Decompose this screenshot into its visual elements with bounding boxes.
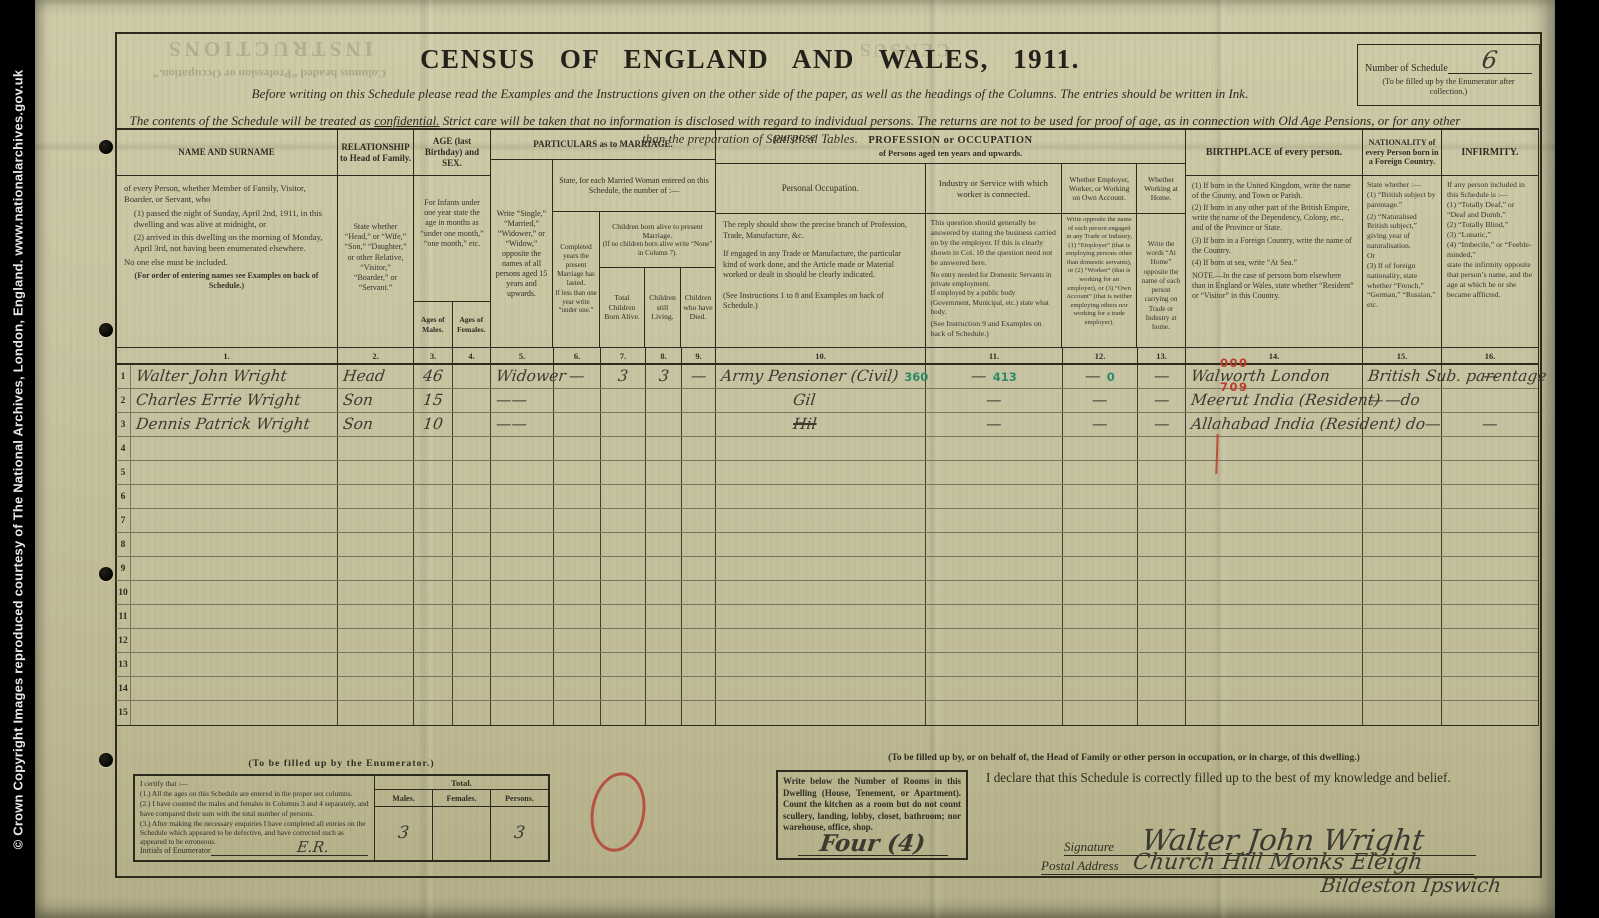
census-table: NAME AND SURNAME of every Person, whethe… (115, 128, 1539, 726)
totals-table: Total. Males. Females. Persons. 3 3 (374, 776, 548, 860)
cell-age-f (453, 389, 491, 412)
cell-born (601, 557, 646, 580)
infirmity-note-5: (4) “Imbecile,” or “Feeble-minded,” (1447, 240, 1533, 260)
cell-industry (926, 605, 1063, 628)
cell-employer (1063, 653, 1138, 676)
infirmity-note-4: (3) “Lunatic,” (1447, 230, 1533, 240)
cell-nationality (1363, 701, 1442, 725)
table-row: 4 (116, 437, 1538, 461)
table-body: 1Walter John WrightHead46Widower—33—Army… (116, 365, 1538, 725)
nationality-note-3: (2) “Naturalised British subject,” givin… (1367, 212, 1437, 251)
code-annotation-green: 360 (904, 370, 928, 384)
row-number: 13 (116, 653, 131, 676)
cell-relationship (338, 605, 414, 628)
entry-name: Walter John Wright (135, 369, 288, 385)
cell-relationship: Son (338, 389, 414, 412)
cell-age-f (453, 413, 491, 436)
industry-note-4: (See Instruction 9 and Examples on back … (931, 319, 1057, 339)
cell-died (682, 533, 716, 556)
cell-nationality (1363, 557, 1442, 580)
cell-living (646, 389, 682, 412)
subcol-ages-females: Ages of Females. (453, 302, 491, 347)
cell-infirmity (1442, 581, 1538, 604)
col-header-relationship: RELATIONSHIP to Head of Family. State wh… (338, 130, 414, 347)
name-note-1: (1) passed the night of Sunday, April 2n… (124, 208, 329, 230)
cell-nationality: British Sub. parentage (1363, 365, 1442, 388)
name-note-4: (For order of entering names see Example… (124, 271, 329, 291)
cell-at-home (1138, 557, 1186, 580)
cell-born (601, 581, 646, 604)
cell-employer (1063, 581, 1138, 604)
certify-intro: I certify that :— (140, 779, 370, 788)
nationality-note-4: Or (1367, 251, 1437, 261)
cell-employer (1063, 509, 1138, 532)
cell-infirmity (1442, 485, 1538, 508)
rooms-note: Write below the Number of Rooms in this … (783, 776, 961, 832)
column-number: 15. (1363, 348, 1442, 363)
cell-occupation (716, 461, 926, 484)
cell-infirmity (1442, 461, 1538, 484)
cell-occupation (716, 533, 926, 556)
cell-infirmity (1442, 605, 1538, 628)
industry-note-3: If employed by a public body (Government… (931, 289, 1057, 317)
cell-age-m (414, 629, 453, 652)
enumerator-heading: (To be filled up by the Enumerator.) (133, 758, 550, 769)
cell-occupation (716, 701, 926, 725)
cell-died (682, 485, 716, 508)
table-row: 8 (116, 533, 1538, 557)
cell-died (682, 413, 716, 436)
cell-years (554, 653, 601, 676)
cell-nationality (1363, 485, 1442, 508)
entry-nationality: — (1367, 393, 1384, 409)
occupation-title-2: of Persons aged ten years and upwards. (879, 148, 1022, 158)
cell-employer: —0 (1063, 365, 1138, 388)
cell-industry (926, 557, 1063, 580)
postal-address-line: Postal Address Church Hill Monks Eleigh (1041, 852, 1474, 875)
cell-birthplace (1186, 461, 1363, 484)
cell-birthplace (1186, 677, 1363, 700)
cell-born (601, 389, 646, 412)
cell-employer (1063, 485, 1138, 508)
cell-living (646, 413, 682, 436)
rooms-value: Four (4) (819, 832, 927, 855)
cell-age-m (414, 677, 453, 700)
cell-nationality (1363, 533, 1442, 556)
cell-age-m (414, 653, 453, 676)
cell-industry (926, 653, 1063, 676)
entry-birthplace: Allahabad India (Resident) do— (1190, 417, 1441, 433)
code-annotation-red: 000 (1220, 356, 1249, 370)
cell-living (646, 533, 682, 556)
row-number: 3 (116, 413, 131, 436)
cell-employer (1063, 677, 1138, 700)
cell-marriage: Widower (491, 365, 554, 388)
cell-birthplace (1186, 533, 1363, 556)
cell-marriage (491, 581, 554, 604)
cell-at-home (1138, 437, 1186, 460)
cell-born (601, 605, 646, 628)
cell-age-m (414, 581, 453, 604)
cell-occupation (716, 437, 926, 460)
cell-marriage (491, 485, 554, 508)
cell-infirmity (1442, 437, 1538, 460)
column-number-row: 1.2.3.4.5.6.7.8.9.10.11.12.13.14.15.16. (116, 348, 1538, 365)
cell-at-home: — (1138, 413, 1186, 436)
cell-age-m: 10 (414, 413, 453, 436)
cell-name (131, 701, 338, 725)
cell-age-f (453, 509, 491, 532)
cell-marriage (491, 461, 554, 484)
cell-occupation (716, 653, 926, 676)
cell-died (682, 701, 716, 725)
cell-employer (1063, 605, 1138, 628)
infirmity-note-2: (1) “Totally Deaf,” or “Deaf and Dumb,” (1447, 200, 1533, 220)
cell-at-home (1138, 509, 1186, 532)
table-row: 6 (116, 485, 1538, 509)
code-annotation-green: 0 (1107, 370, 1115, 384)
column-number: 12. (1063, 348, 1138, 363)
cell-age-m (414, 509, 453, 532)
cell-years (554, 629, 601, 652)
initials-line: Initials of Enumerator E.R. (140, 842, 368, 856)
cell-occupation (716, 509, 926, 532)
cell-occupation (716, 677, 926, 700)
cell-at-home (1138, 533, 1186, 556)
copyright-sidebar: © Crown Copyright Images reproduced cour… (0, 0, 35, 918)
declare-text: I declare that this Schedule is correctl… (986, 770, 1480, 786)
relationship-note: State whether “Head,” or “Wife,” “Son,” … (338, 176, 413, 347)
postal-address-value-1: Church Hill Monks Eleigh (1131, 852, 1423, 874)
punch-hole (99, 323, 113, 337)
col-title-at-home: Whether Working at Home. (1137, 164, 1185, 214)
cell-at-home (1138, 701, 1186, 725)
enumerator-certification: I certify that :— (1.) All the ages on t… (135, 776, 374, 860)
punch-hole (99, 140, 113, 154)
cell-employer (1063, 629, 1138, 652)
cell-died (682, 605, 716, 628)
row-number: 15 (116, 701, 131, 725)
entry-at-home: — (1153, 393, 1170, 409)
cell-infirmity (1442, 629, 1538, 652)
col-title-name: NAME AND SURNAME (116, 130, 337, 176)
cell-at-home (1138, 653, 1186, 676)
cell-age-m: 46 (414, 365, 453, 388)
column-number: 4. (453, 348, 491, 363)
column-number: 1. (116, 348, 338, 363)
initials-value: E.R. (296, 840, 330, 855)
birthplace-note-3: (3) If born in a Foreign Country, write … (1192, 236, 1356, 256)
table-row: 12 (116, 629, 1538, 653)
entry-industry: — (985, 393, 1002, 409)
col-title-relationship: RELATIONSHIP to Head of Family. (338, 130, 413, 176)
cell-living (646, 701, 682, 725)
cell-age-m (414, 605, 453, 628)
initials-label: Initials of Enumerator (140, 846, 211, 856)
entry-employer: — (1091, 417, 1108, 433)
cell-birthplace (1186, 437, 1363, 460)
cell-birthplace (1186, 509, 1363, 532)
entry-industry: — (985, 417, 1002, 433)
age-note: For Infants under one year state the age… (414, 176, 490, 302)
entry-name: Charles Errie Wright (135, 393, 301, 409)
cell-name (131, 557, 338, 580)
cell-birthplace (1186, 485, 1363, 508)
group-title-marriage: PARTICULARS as to MARRIAGE. (491, 130, 715, 160)
cell-name (131, 653, 338, 676)
entry-employer: — (1091, 393, 1108, 409)
declaration-section: (To be filled up by, or on behalf of, th… (768, 752, 1480, 866)
cell-age-f (453, 605, 491, 628)
schedule-number-label: Number of Schedule (1365, 63, 1448, 74)
cell-name: Charles Errie Wright (131, 389, 338, 412)
nationality-note-1: State whether :— (1367, 180, 1437, 190)
cell-name (131, 461, 338, 484)
postal-address-line-2: Bildeston Ipswich (1246, 875, 1576, 897)
cell-occupation (716, 605, 926, 628)
cell-marriage (491, 533, 554, 556)
cell-died (682, 437, 716, 460)
married-woman-note: State, for each Married Woman entered on… (553, 160, 715, 212)
cell-birthplace (1186, 629, 1363, 652)
males-value: 3 (397, 825, 410, 842)
col-group-occupation: PROFESSION or OCCUPATION of Persons aged… (716, 130, 1186, 347)
persons-label: Persons. (491, 790, 548, 806)
row-number: 9 (116, 557, 131, 580)
entry-occupation: Gil (792, 393, 816, 409)
cell-living (646, 461, 682, 484)
total-label: Total. (375, 776, 548, 790)
declaration-heading: (To be filled up by, or on behalf of, th… (768, 752, 1480, 763)
entry-age-m: 10 (422, 417, 444, 433)
cell-birthplace (1186, 701, 1363, 725)
cell-infirmity (1442, 389, 1538, 412)
cell-age-f (453, 677, 491, 700)
years-married-note-2: If less than one year write “under one.” (555, 290, 597, 315)
cell-nationality (1363, 677, 1442, 700)
cell-relationship (338, 437, 414, 460)
column-number: 8. (646, 348, 682, 363)
cell-died (682, 557, 716, 580)
years-married-note: Completed years the present Marriage has… (553, 212, 600, 347)
cell-relationship (338, 461, 414, 484)
cell-at-home (1138, 581, 1186, 604)
name-note-intro: of every Person, whether Member of Famil… (124, 183, 329, 205)
name-note-3: No one else must be included. (124, 257, 329, 268)
cell-infirmity (1442, 677, 1538, 700)
cell-name (131, 437, 338, 460)
entry-birthplace: Walworth London (1190, 369, 1331, 385)
cell-relationship (338, 509, 414, 532)
table-row: 15 (116, 701, 1538, 725)
cell-industry (926, 437, 1063, 460)
schedule-number-value: 6 (1481, 50, 1499, 70)
cell-employer (1063, 701, 1138, 725)
table-row: 1Walter John WrightHead46Widower—33—Army… (116, 365, 1538, 389)
instruction-2-confidential: confidential. (374, 113, 439, 128)
col-header-age-sex: AGE (last Birthday) and SEX. For Infants… (414, 130, 491, 347)
cell-years (554, 557, 601, 580)
entry-living: 3 (658, 369, 670, 385)
rooms-value-line: Four (4) (798, 832, 948, 856)
cell-born (601, 677, 646, 700)
subcol-children-living: Children still Living. (645, 268, 681, 347)
cell-occupation (716, 581, 926, 604)
entry-infirmity: — (1481, 417, 1498, 433)
entry-died: — (690, 369, 707, 385)
punch-hole (99, 753, 113, 767)
cell-name (131, 533, 338, 556)
cell-relationship (338, 485, 414, 508)
cell-age-f (453, 485, 491, 508)
cell-relationship (338, 533, 414, 556)
col-title-employer: Whether Employer, Worker, or Working on … (1062, 164, 1136, 214)
cell-employer (1063, 533, 1138, 556)
entry-birthplace: Meerut India (Resident) —do (1190, 393, 1421, 409)
cell-born: 3 (601, 365, 646, 388)
cell-age-f (453, 653, 491, 676)
cell-relationship (338, 677, 414, 700)
cell-industry: —413 (926, 365, 1063, 388)
cell-name (131, 677, 338, 700)
cell-born (601, 485, 646, 508)
column-number: 16. (1442, 348, 1538, 363)
cell-died (682, 509, 716, 532)
birthplace-note-5: NOTE.—In the case of persons born elsewh… (1192, 271, 1356, 301)
table-row: 13 (116, 653, 1538, 677)
table-header: NAME AND SURNAME of every Person, whethe… (116, 130, 1538, 348)
cell-nationality (1363, 581, 1442, 604)
cell-age-m (414, 461, 453, 484)
cell-relationship (338, 581, 414, 604)
cell-died: — (682, 365, 716, 388)
col-title-infirmity: INFIRMITY. (1442, 130, 1538, 176)
column-number: 6. (554, 348, 601, 363)
cell-birthplace (1186, 605, 1363, 628)
col-header-infirmity: INFIRMITY. If any person included in thi… (1442, 130, 1538, 347)
entry-marriage: —— (495, 393, 528, 409)
table-row: 10 (116, 581, 1538, 605)
cell-age-f (453, 581, 491, 604)
table-row: 5 (116, 461, 1538, 485)
cell-relationship (338, 653, 414, 676)
cell-living (646, 677, 682, 700)
cell-nationality (1363, 509, 1442, 532)
marriage-status-note: Write “Single,” “Married,” “Widower,” or… (491, 160, 553, 347)
cell-employer (1063, 557, 1138, 580)
cell-nationality (1363, 629, 1442, 652)
males-label: Males. (375, 790, 433, 806)
cell-nationality (1363, 437, 1442, 460)
cell-marriage (491, 701, 554, 725)
cell-nationality (1363, 461, 1442, 484)
cell-nationality (1363, 605, 1442, 628)
entry-marriage: Widower (495, 369, 567, 385)
col-title-personal-occupation: Personal Occupation. (716, 164, 925, 214)
cell-birthplace (1186, 557, 1363, 580)
cell-relationship: Son (338, 413, 414, 436)
cell-marriage (491, 605, 554, 628)
cell-name (131, 509, 338, 532)
entry-occupation: Army Pensioner (Civil) (720, 369, 899, 385)
cell-years (554, 437, 601, 460)
cell-age-f (453, 437, 491, 460)
cell-marriage (491, 557, 554, 580)
cell-industry (926, 629, 1063, 652)
infirmity-note-6: state the infirmity opposite that person… (1447, 260, 1533, 300)
schedule-number-note: (To be filled up by the Enumerator after… (1365, 77, 1532, 98)
column-number: 7. (601, 348, 646, 363)
col-header-nationality: NATIONALITY of every Person born in a Fo… (1363, 130, 1442, 347)
entry-nationality: British Sub. parentage (1367, 369, 1547, 385)
cell-infirmity: — (1442, 413, 1538, 436)
cell-died (682, 653, 716, 676)
cell-marriage (491, 629, 554, 652)
cell-died (682, 461, 716, 484)
enumerator-box: I certify that :— (1.) All the ages on t… (133, 774, 550, 862)
infirmity-note-3: (2) “Totally Blind,” (1447, 220, 1533, 230)
schedule-number-box: Number of Schedule 6 (To be filled up by… (1357, 44, 1540, 106)
females-label: Females. (433, 790, 491, 806)
cell-industry (926, 509, 1063, 532)
cell-died (682, 629, 716, 652)
cell-name: Dennis Patrick Wright (131, 413, 338, 436)
cell-birthplace: Meerut India (Resident) —do709 (1186, 389, 1363, 412)
cell-employer (1063, 461, 1138, 484)
row-number: 1 (116, 365, 131, 388)
column-number: 2. (338, 348, 414, 363)
cell-age-m (414, 485, 453, 508)
entry-years: — (568, 369, 585, 385)
cell-marriage: —— (491, 389, 554, 412)
cell-years (554, 389, 601, 412)
entry-employer: — (1084, 369, 1101, 385)
instruction-2-lead: The contents of the Schedule will be tre… (130, 113, 375, 128)
employer-note: Write opposite the name of each person e… (1062, 214, 1136, 347)
row-number: 4 (116, 437, 131, 460)
cell-born (601, 533, 646, 556)
table-row: 11 (116, 605, 1538, 629)
cell-occupation: Gil (716, 389, 926, 412)
cell-infirmity (1442, 557, 1538, 580)
census-screenshot: © Crown Copyright Images reproduced cour… (0, 0, 1599, 918)
cell-years (554, 413, 601, 436)
cell-years (554, 605, 601, 628)
cell-died (682, 581, 716, 604)
row-number: 11 (116, 605, 131, 628)
row-number: 8 (116, 533, 131, 556)
group-title-occupation: PROFESSION or OCCUPATION of Persons aged… (716, 130, 1185, 164)
cell-employer: — (1063, 413, 1138, 436)
cell-years (554, 461, 601, 484)
cell-born (601, 653, 646, 676)
code-annotation-green: 413 (993, 370, 1017, 384)
cell-marriage (491, 677, 554, 700)
column-number: 14. (1186, 348, 1363, 363)
cell-infirmity (1442, 533, 1538, 556)
form-title: CENSUS OF ENGLAND AND WALES, 1911. (135, 44, 1365, 75)
code-annotation-red: 709 (1220, 380, 1249, 394)
cell-at-home (1138, 605, 1186, 628)
at-home-note: Write the words “At Home” opposite the n… (1137, 214, 1185, 347)
row-number: 14 (116, 677, 131, 700)
cell-occupation (716, 485, 926, 508)
cell-age-m (414, 701, 453, 725)
birthplace-note-1: (1) If born in the United Kingdom, write… (1192, 181, 1356, 201)
cell-infirmity (1442, 653, 1538, 676)
cell-nationality (1363, 653, 1442, 676)
cell-name (131, 629, 338, 652)
